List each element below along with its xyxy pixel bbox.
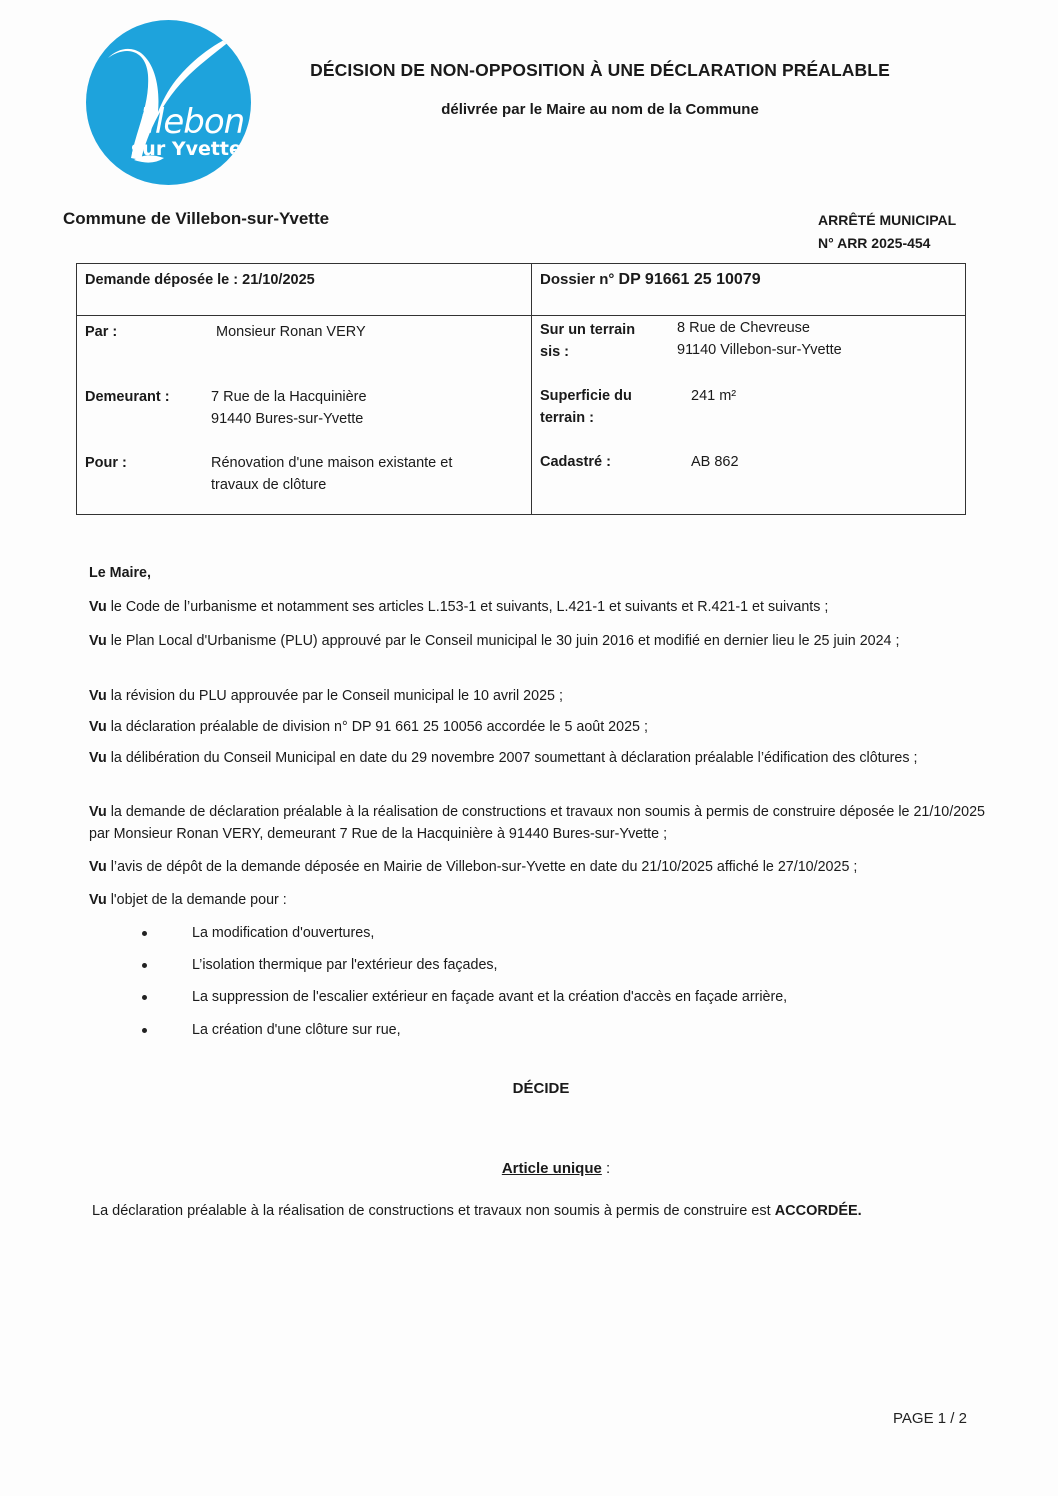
vu-word: Vu — [89, 688, 107, 704]
logo-name: illebon — [138, 102, 244, 142]
terrain-label: Sur un terrain sis : — [540, 319, 635, 363]
article-colon: : — [602, 1160, 610, 1177]
considerant-2: Vu le Plan Local d'Urbanisme (PLU) appro… — [89, 630, 985, 652]
terrain-value: 8 Rue de Chevreuse 91140 Villebon-sur-Yv… — [677, 317, 842, 361]
demeurant-line-2: 91440 Bures-sur-Yvette — [211, 408, 367, 430]
considerant-7: Vu l’avis de dépôt de la demande déposée… — [89, 856, 985, 878]
vu-word: Vu — [89, 750, 107, 766]
considerant-text: le Plan Local d'Urbanisme (PLU) approuvé… — [107, 633, 900, 649]
considerant-5: Vu la délibération du Conseil Municipal … — [89, 747, 985, 769]
demande-label: Demande déposée le : — [85, 272, 242, 288]
dossier-label: Dossier n° — [540, 271, 619, 288]
table-divider-vertical — [531, 264, 532, 514]
superficie-label-line-2: terrain : — [540, 407, 632, 429]
document-title: DÉCISION DE NON-OPPOSITION À UNE DÉCLARA… — [270, 60, 930, 81]
considerant-6: Vu la demande de déclaration préalable à… — [89, 801, 985, 845]
article-heading: Article unique : — [0, 1160, 1058, 1177]
arrete-block: ARRÊTÉ MUNICIPAL N° ARR 2025-454 — [818, 209, 956, 255]
considerant-text: l’avis de dépôt de la demande déposée en… — [107, 859, 858, 875]
bullet-icon — [142, 963, 147, 968]
considerant-text: le Code de l’urbanisme et notamment ses … — [107, 599, 829, 615]
bullet-icon — [142, 931, 147, 936]
article-title: Article unique — [502, 1160, 602, 1177]
bullet-text: La création d'une clôture sur rue, — [192, 1019, 401, 1041]
terrain-label-line-2: sis : — [540, 341, 635, 363]
bullet-text: La modification d'ouvertures, — [192, 922, 374, 944]
pour-line-1: Rénovation d'une maison existante et — [211, 452, 452, 474]
par-label: Par : — [85, 321, 117, 343]
pour-label: Pour : — [85, 452, 127, 474]
terrain-line-2: 91140 Villebon-sur-Yvette — [677, 339, 842, 361]
demande-date: 21/10/2025 — [242, 272, 315, 288]
dossier-number: DP 91661 25 10079 — [619, 271, 761, 288]
considerant-text: la révision du PLU approuvée par le Cons… — [107, 688, 563, 704]
document-subtitle: délivrée par le Maire au nom de la Commu… — [270, 101, 930, 118]
vu-word: Vu — [89, 892, 107, 908]
considerant-text: la demande de déclaration préalable à la… — [89, 804, 985, 842]
salutation: Le Maire, — [89, 562, 985, 584]
villebon-logo: illebon sur Yvette — [86, 20, 251, 185]
vu-word: Vu — [89, 599, 107, 615]
cadastre-label: Cadastré : — [540, 451, 611, 473]
considerant-text: la délibération du Conseil Municipal en … — [107, 750, 918, 766]
considerant-1: Vu le Code de l’urbanisme et notamment s… — [89, 596, 985, 618]
bullet-icon — [142, 1028, 147, 1033]
vu-word: Vu — [89, 633, 107, 649]
dossier-cell: Dossier n° DP 91661 25 10079 — [540, 269, 761, 291]
superficie-label-line-1: Superficie du — [540, 385, 632, 407]
pour-line-2: travaux de clôture — [211, 474, 452, 496]
terrain-label-line-1: Sur un terrain — [540, 319, 635, 341]
decision-body: La déclaration préalable à la réalisatio… — [92, 1203, 775, 1219]
bullet-icon — [142, 995, 147, 1000]
considerant-3: Vu la révision du PLU approuvée par le C… — [89, 685, 985, 707]
document-page: illebon sur Yvette DÉCISION DE NON-OPPOS… — [0, 0, 1058, 1496]
vu-word: Vu — [89, 859, 107, 875]
demeurant-label: Demeurant : — [85, 386, 170, 408]
vu-word: Vu — [89, 719, 107, 735]
demeurant-line-1: 7 Rue de la Hacquinière — [211, 386, 367, 408]
demeurant-value: 7 Rue de la Hacquinière 91440 Bures-sur-… — [211, 386, 367, 430]
considerant-8: Vu l'objet de la demande pour : — [89, 889, 985, 911]
logo-subtitle: sur Yvette — [131, 138, 242, 160]
considerant-text: la déclaration préalable de division n° … — [107, 719, 648, 735]
bullet-text: L’isolation thermique par l'extérieur de… — [192, 954, 498, 976]
cadastre-value: AB 862 — [691, 451, 739, 473]
decision-result: ACCORDÉE. — [775, 1203, 862, 1219]
considerant-text: l'objet de la demande pour : — [107, 892, 287, 908]
pour-value: Rénovation d'une maison existante et tra… — [211, 452, 452, 496]
superficie-label: Superficie du terrain : — [540, 385, 632, 429]
par-value: Monsieur Ronan VERY — [216, 321, 366, 343]
arrete-number: N° ARR 2025-454 — [818, 232, 956, 255]
considerant-4: Vu la déclaration préalable de division … — [89, 716, 985, 738]
decide-heading: DÉCIDE — [0, 1080, 1058, 1097]
page-number: PAGE 1 / 2 — [893, 1410, 967, 1427]
terrain-line-1: 8 Rue de Chevreuse — [677, 317, 842, 339]
vu-word: Vu — [89, 804, 107, 820]
superficie-value: 241 m² — [691, 385, 736, 407]
commune-name: Commune de Villebon-sur-Yvette — [63, 209, 329, 229]
arrete-label: ARRÊTÉ MUNICIPAL — [818, 209, 956, 232]
decision-text: La déclaration préalable à la réalisatio… — [92, 1203, 862, 1219]
demande-cell: Demande déposée le : 21/10/2025 — [85, 269, 315, 291]
request-info-table: Demande déposée le : 21/10/2025 Dossier … — [76, 263, 966, 515]
bullet-text: La suppression de l'escalier extérieur e… — [192, 986, 787, 1008]
